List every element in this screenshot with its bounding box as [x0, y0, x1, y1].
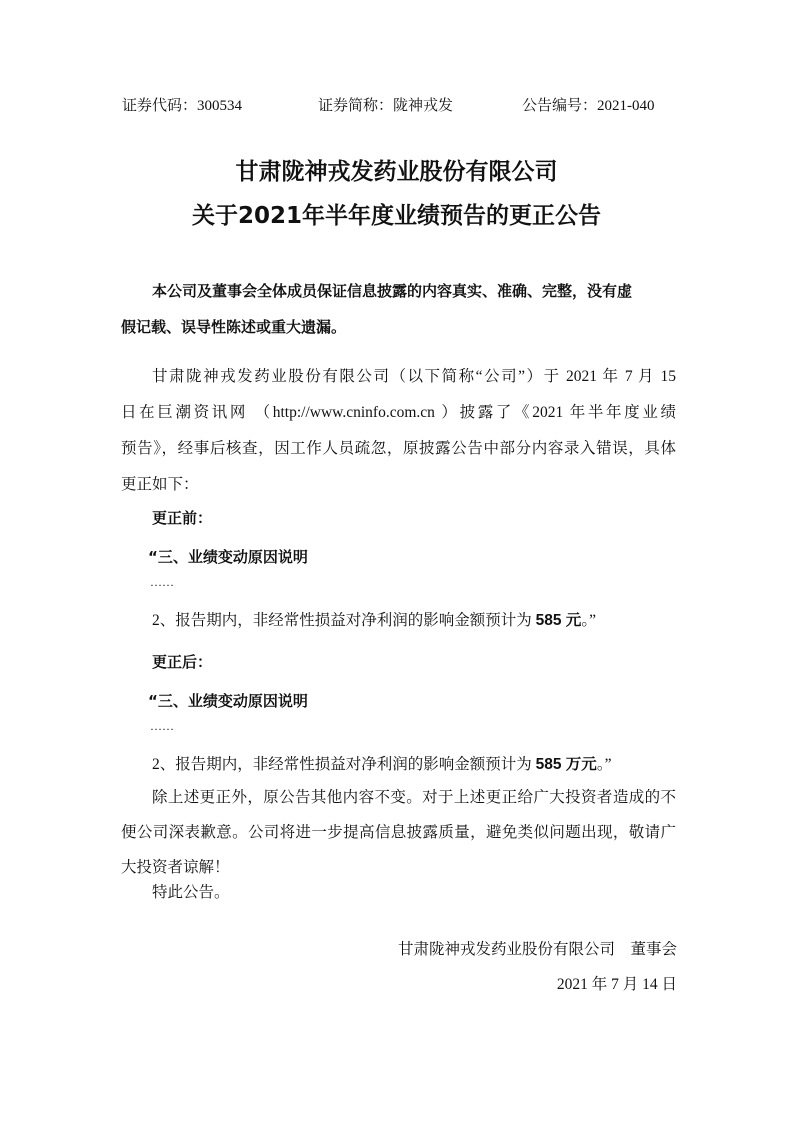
statement-line-1: 本公司及董事会全体成员保证信息披露的内容真实、准确、完整，没有虚 [152, 280, 676, 301]
announcement-number: 公告编号：2021-040 [522, 94, 655, 115]
after-heading: 更正后： [152, 651, 212, 672]
stock-abbreviation: 证券简称：陇神戎发 [318, 94, 453, 115]
statement-line-2: 假记载、误导性陈述或重大遗漏。 [121, 316, 346, 337]
signature-company: 甘肃陇神戎发药业股份有限公司 董事会 [398, 937, 677, 959]
after-item-suffix: 。” [597, 756, 612, 773]
closing-line-1: 除上述更正外，原公告其他内容不变。对于上述更正给广大投资者造成的不 [152, 785, 676, 807]
after-ellipsis: …… [150, 719, 705, 734]
title-company: 甘肃陇神戎发药业股份有限公司 [0, 153, 793, 186]
before-item-prefix: 2、报告期内，非经常性损益对净利润的影响金额预计为 [152, 612, 536, 629]
intro-line-4: 更正如下： [121, 472, 676, 494]
closing-line-2: 便公司深表歉意。公司将进一步提高信息披露质量，避免类似问题出现，敬请广 [121, 820, 676, 842]
before-section-title: “三、业绩变动原因说明 [148, 546, 308, 567]
after-item-amount: 585 万元 [536, 756, 597, 773]
before-ellipsis: …… [150, 575, 705, 590]
before-item-amount: 585 元 [536, 612, 582, 629]
intro-line-3: 预告》，经事后核查，因工作人员疏忽，原披露公告中部分内容录入错误，具体 [121, 436, 676, 458]
after-item: 2、报告期内，非经常性损益对净利润的影响金额预计为 585 万元。” [152, 752, 707, 774]
before-item: 2、报告期内，非经常性损益对净利润的影响金额预计为 585 元。” [152, 608, 707, 630]
after-item-prefix: 2、报告期内，非经常性损益对净利润的影响金额预计为 [152, 756, 536, 773]
intro-line-1: 甘肃陇神戎发药业股份有限公司（以下简称“公司”）于 2021 年 7 月 15 [152, 364, 676, 386]
closing-line-3: 大投资者谅解！ [121, 855, 676, 877]
intro-line-2: 日在巨潮资讯网 （http://www.cninfo.com.cn ）披露了《2… [121, 400, 676, 422]
signature-date: 2021 年 7 月 14 日 [557, 972, 677, 994]
before-heading: 更正前： [152, 507, 212, 528]
before-item-suffix: 。” [581, 612, 596, 629]
after-section-title: “三、业绩变动原因说明 [148, 690, 308, 711]
closing-line-4: 特此公告。 [152, 880, 707, 902]
stock-code: 证券代码：300534 [122, 94, 242, 115]
title-subject: 关于2021年半年度业绩预告的更正公告 [0, 197, 793, 230]
